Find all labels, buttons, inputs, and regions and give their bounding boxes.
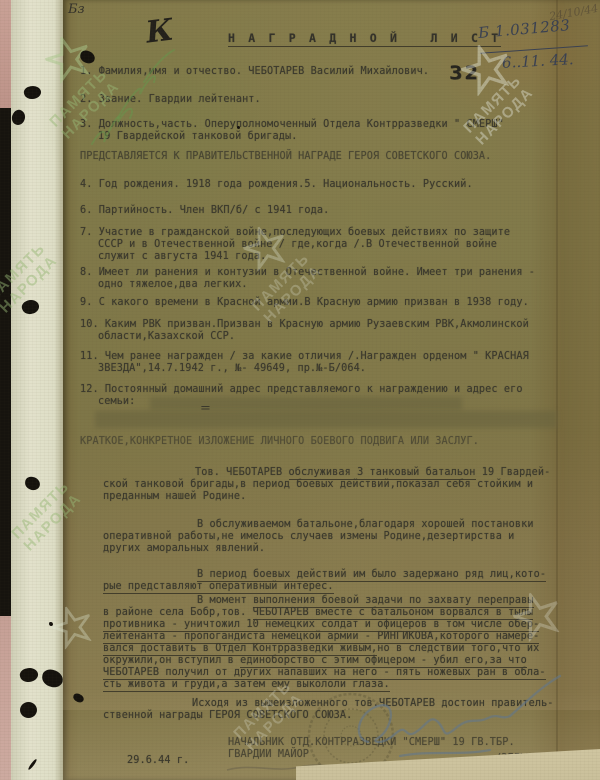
field-service-1: 7. Участие в гражданской войне,последующ… <box>80 227 510 239</box>
field-position-1: 3. Должность,часть. Оперуполномоченный О… <box>80 119 504 131</box>
field-prev-awards-2: ЗВЕЗДА",14.7.1942 г., №- 49649, пр.№-Б/0… <box>98 363 366 375</box>
feat-line: рые представляют оперативный интерес. <box>103 581 334 593</box>
field-birth-nationality: 4. Год рождения. 1918 года рождения.5. Н… <box>80 179 473 191</box>
field-wounds-1: 8. Имеет ли ранения и контузии в Отечест… <box>80 267 535 279</box>
feat-line: лейтенанта - пропогандиста немецкой арми… <box>103 631 539 643</box>
feat-line: ственной награды ГЕРОЯ СОВЕТСКОГО СОЮЗА. <box>103 710 352 722</box>
feat-line: Исходя из вышеизложенного тов.ЧЕБОТАРЕВ … <box>192 698 554 710</box>
field-position-2: 19 Гвардейской танковой бригады. <box>98 131 297 143</box>
ink-speck <box>49 622 53 626</box>
feat-line: Тов. ЧЕБОТАРЕВ обслуживая 3 танковый бат… <box>195 467 550 479</box>
feat-line: окружили,он вступил в единоборство с эти… <box>103 655 527 667</box>
check-mark: К <box>144 12 175 50</box>
feat-line: ской танковой бригады,в период боевых де… <box>103 479 533 491</box>
signer-title-2: ГВАРДИИ МАЙОР <box>228 749 309 761</box>
resolution-date: 6..11. 44. <box>502 50 574 72</box>
document-title: Н А Г Р А Д Н О Й Л И С Т <box>228 32 501 44</box>
feat-line: других аморальных явлений. <box>103 543 265 555</box>
ink-speck <box>237 126 240 129</box>
redacted-address-bar <box>150 397 462 410</box>
field-prev-awards-1: 11. Чем ранее награжден / за какие отлич… <box>80 351 529 363</box>
feat-line: В обслуживаемом батальоне,благодаря хоро… <box>197 519 534 531</box>
field-service-3: служит с августа 1941 года. <box>98 251 266 263</box>
paper-crease <box>556 0 558 780</box>
field-name: 1. Фамилия,имя и отчество. ЧЕБОТАРЕВ Вас… <box>80 66 429 78</box>
feat-line: вался доставить в Отдел Контрразведки жи… <box>103 643 539 655</box>
redacted-address-bar <box>95 411 557 428</box>
feat-line: оперативной работы,не имелось случаев из… <box>103 531 514 543</box>
feat-heading: КРАТКОЕ,КОНКРЕТНОЕ ИЗЛОЖЕНИЕ ЛИЧНОГО БОЕ… <box>80 436 479 448</box>
feat-line: преданным нашей Родине. <box>103 491 246 503</box>
field-drafted-2: области,Казахской ССР. <box>98 331 235 343</box>
field-drafted-1: 10. Каким РВК призван.Призван в Красную … <box>80 319 529 331</box>
feat-line: сть живота и груди,а затем ему выкололи … <box>103 679 390 691</box>
ink-blot <box>20 702 37 718</box>
field-address-2: семьи: <box>98 396 135 408</box>
page-number: 32 <box>449 67 480 79</box>
feat-line: В момент выполнения боевой задачи по зах… <box>197 595 534 607</box>
feat-line: противника - уничтожил 10 немецких солда… <box>103 619 539 631</box>
document-date: 29.6.44 г. <box>127 755 189 767</box>
equals-mark: = <box>200 401 211 416</box>
feat-line: В период боевых действий им было задержа… <box>197 569 546 581</box>
feat-line: ЧЕБОТАРЕВ получил от других напавших на … <box>103 667 546 679</box>
corner-mark: Бз <box>68 2 85 17</box>
field-address-1: 12. Постоянный домашний адрес представля… <box>80 384 523 396</box>
field-party: 6. Партийность. Член ВКП/б/ с 1941 года. <box>80 205 329 217</box>
field-presented-award: ПРЕДСТАВЛЯЕТСЯ К ПРАВИТЕЛЬСТВЕННОЙ НАГРА… <box>80 151 491 163</box>
field-army-since: 9. С какого времени в Красной армии.В Кр… <box>80 297 529 309</box>
scanned-award-sheet: Н А Г Р А Д Н О Й Л И С Т 32 1. Фамилия,… <box>0 0 600 780</box>
field-wounds-2: одно тяжелое,два легких. <box>98 279 248 291</box>
signer-title-1: НАЧАЛЬНИК ОТД.КОНТРРАЗВЕДКИ "СМЕРШ" 19 Г… <box>228 737 515 749</box>
scan-backing-pink-bottom <box>0 616 11 780</box>
feat-line: в районе села Бобр,тов. ЧЕБОТАРЕВ вместе… <box>103 607 533 619</box>
field-service-2: СССР и в Отечественной войне / где,когда… <box>98 239 497 251</box>
field-rank: 2. Звание. Гвардии лейтенант. <box>80 94 261 106</box>
